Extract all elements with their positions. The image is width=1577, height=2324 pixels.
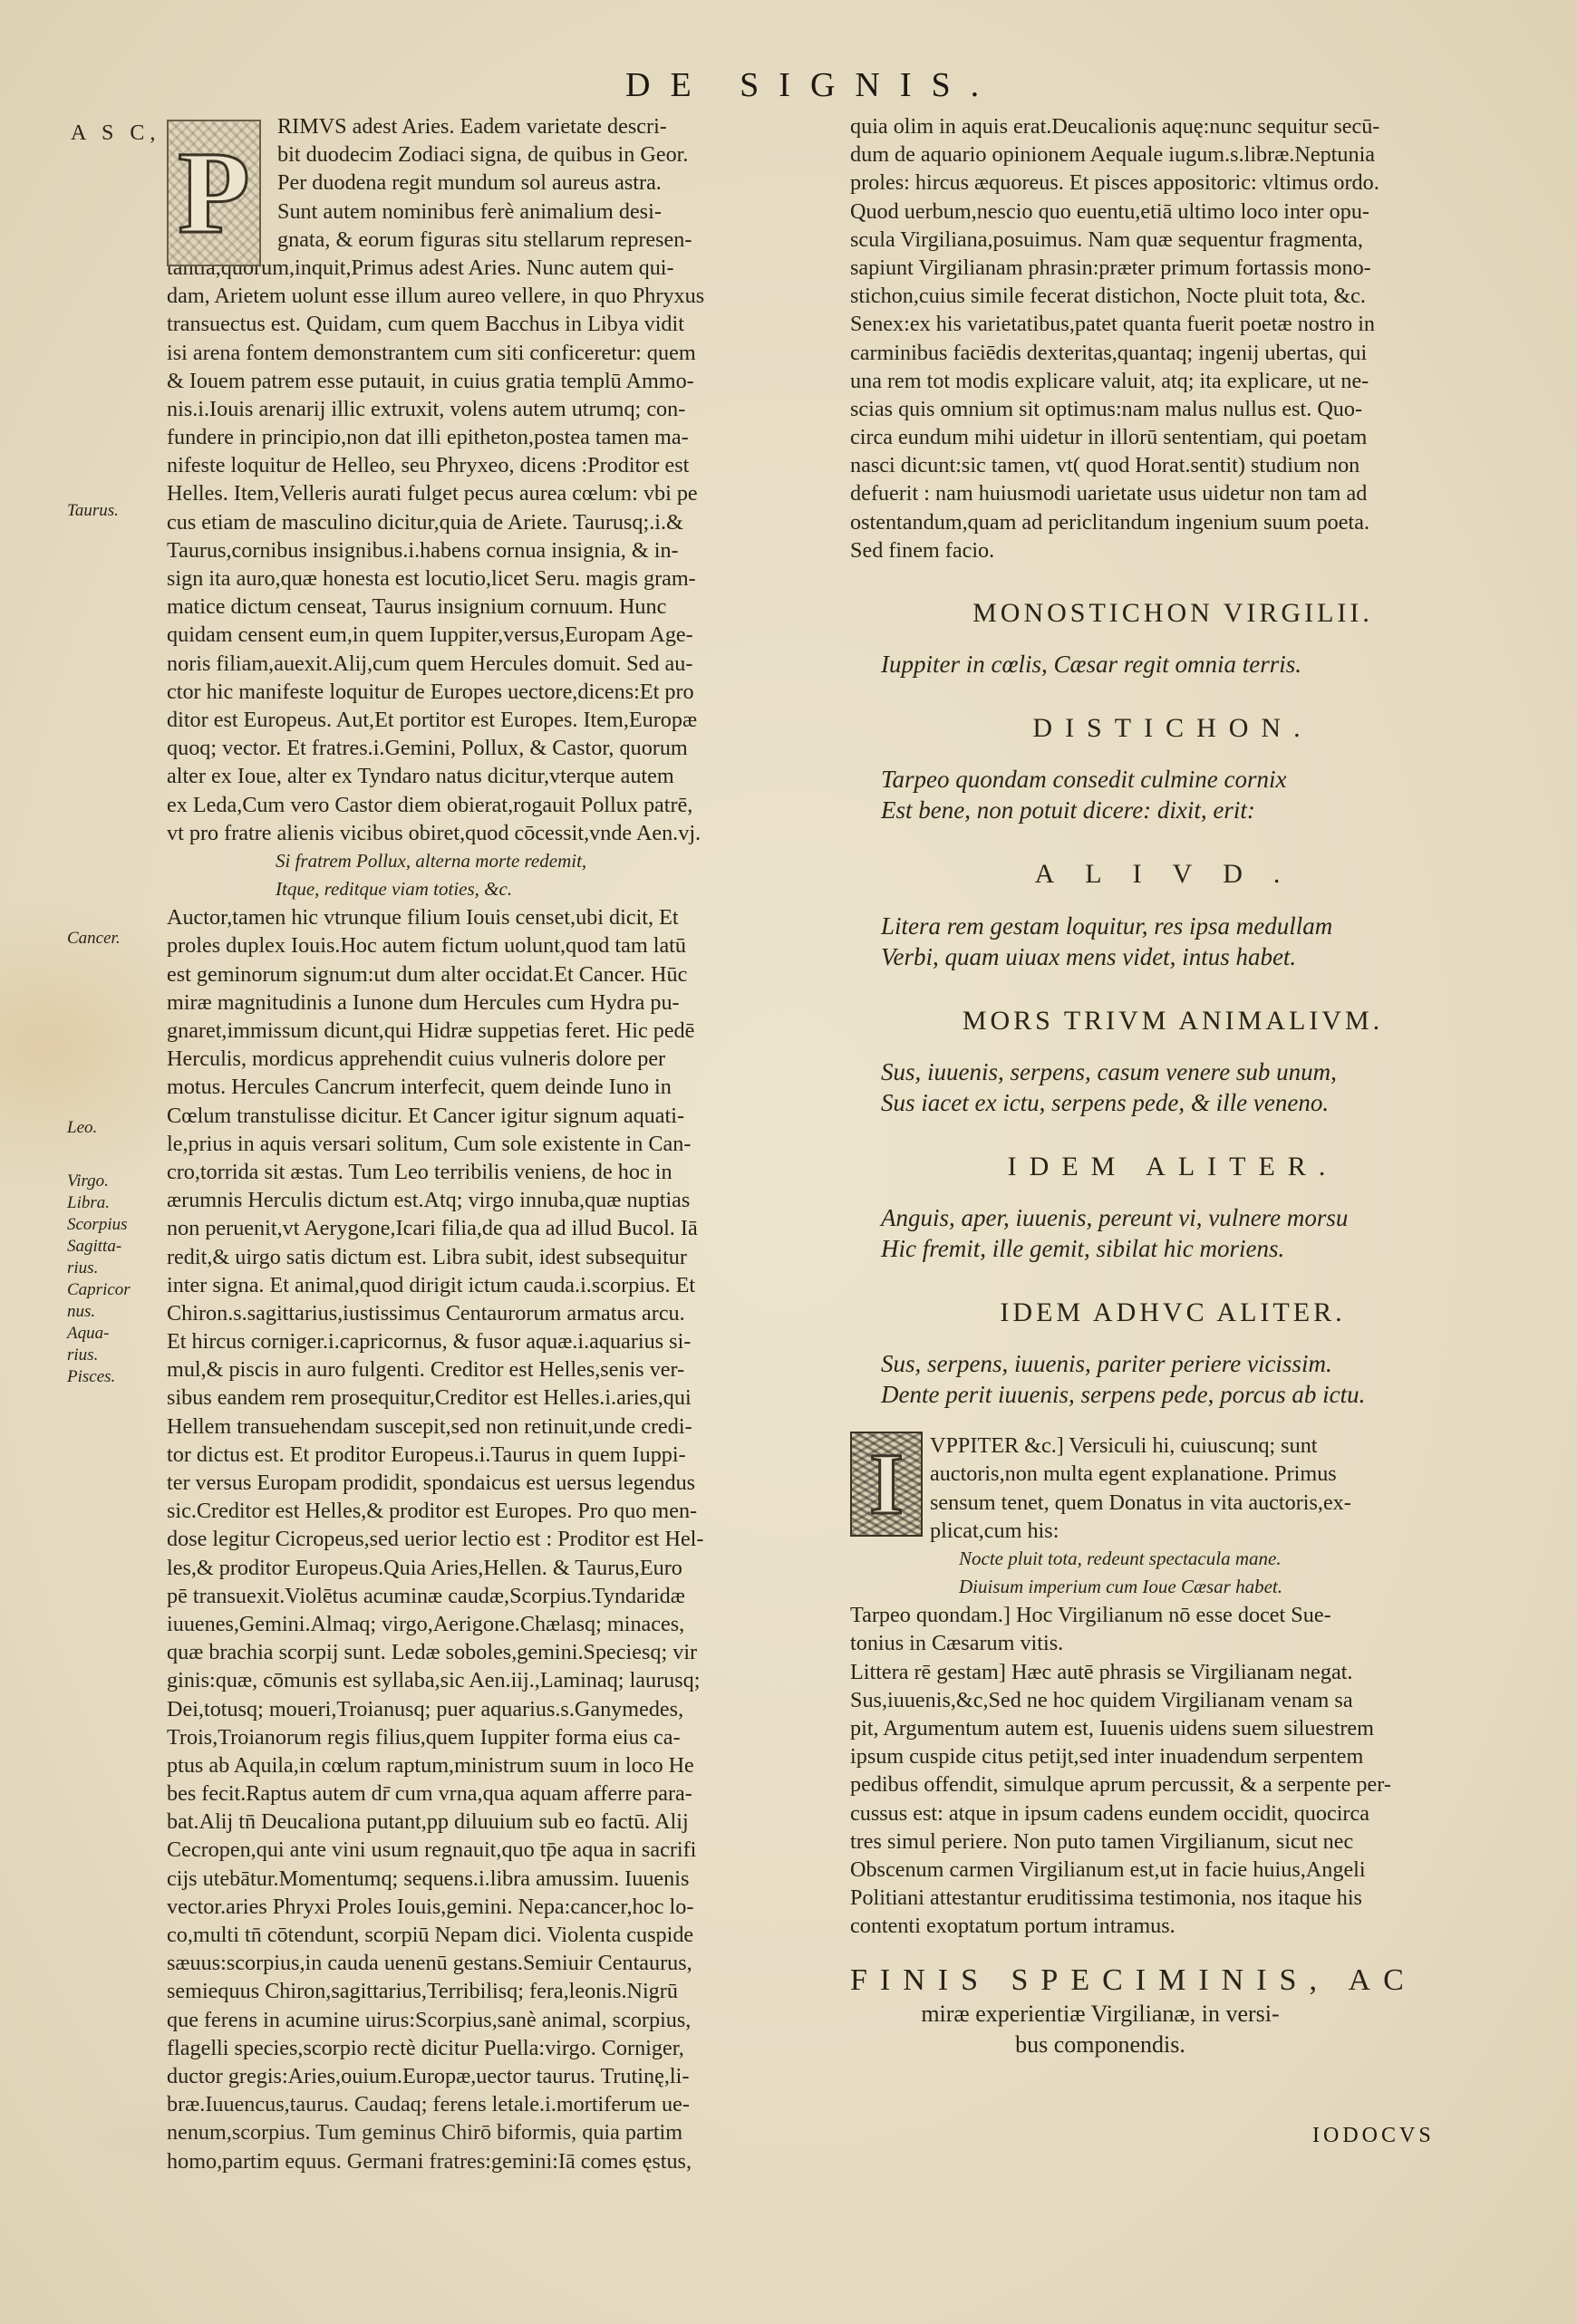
text-line: Herculis, mordicus apprehendit cuius vul… — [167, 1045, 812, 1073]
verse-line: Dente perit iuuenis, serpens pede, porcu… — [850, 1379, 1495, 1410]
text-line: gnata, & eorum figuras situ stellarum re… — [277, 226, 812, 254]
text-line: dose legitur Cicropeus,sed uerior lectio… — [167, 1525, 812, 1553]
text-line: scias quis omnium sit optimus:nam malus … — [850, 395, 1495, 423]
text-line: stichon,cuius simile fecerat distichon, … — [850, 282, 1495, 310]
text-line: Per duodena regit mundum sol aureus astr… — [277, 169, 812, 197]
text-line: quidam censent eum,in quem Iuppiter,vers… — [167, 621, 812, 649]
text-line: Helles. Item,Velleris aurati fulget pecu… — [167, 479, 812, 507]
text-line: Trois,Troianorum regis filius,quem Iuppi… — [167, 1723, 812, 1751]
text-line: Sed finem facio. — [850, 536, 1495, 564]
finis-subtitle-2: bus componendis. — [850, 2030, 1495, 2060]
margin-note: rius. — [67, 1258, 98, 1279]
text-line: carminibus faciēdis dexteritas,quantaq; … — [850, 339, 1495, 367]
text-line: matice dictum censeat, Taurus insignium … — [167, 593, 812, 621]
text-line: Diuisum imperium cum Ioue Cæsar habet. — [850, 1573, 1495, 1601]
verse-line: Sus, iuuenis, serpens, casum venere sub … — [850, 1056, 1495, 1087]
text-line: nis.i.Iouis arenarij illic extruxit, vol… — [167, 395, 812, 423]
text-line: cro,torrida sit æstas. Tum Leo terribili… — [167, 1158, 812, 1186]
commentary-quote: Nocte pluit tota, redeunt spectacula man… — [850, 1545, 1495, 1601]
text-line: Auctor,tamen hic vtrunque filium Iouis c… — [167, 903, 812, 931]
signature-mark: IODOCVS — [1312, 2124, 1435, 2148]
margin-note: Taurus. — [67, 500, 119, 522]
right-column: quia olim in aquis erat.Deucalionis aquę… — [850, 112, 1495, 2060]
margin-note: Pisces. — [67, 1366, 115, 1388]
section-heading: IDEM ADHVC ALITER. — [850, 1298, 1495, 1326]
text-line: defuerit : nam huiusmodi uarietate usus … — [850, 479, 1495, 507]
left-column: P RIMVS adest Aries. Eadem varietate des… — [167, 112, 812, 2175]
margin-note: Sagitta- — [67, 1236, 121, 1258]
text-line: le,prius in aquis versari solitum, Cum s… — [167, 1130, 812, 1158]
finis-title: FINIS SPECIMINIS, AC — [850, 1962, 1495, 1999]
text-line: Senex:ex his varietatibus,patet quanta f… — [850, 310, 1495, 338]
text-line: gnaret,immissum dicunt,qui Hidræ suppeti… — [167, 1017, 812, 1045]
margin-note: Libra. — [67, 1192, 110, 1214]
section-heading: IDEM ALITER. — [850, 1152, 1495, 1181]
text-line: cussus est: atque in ipsum cadens eundem… — [850, 1799, 1495, 1827]
text-line: ctor hic manifeste loquitur de Europes u… — [167, 678, 812, 706]
text-line: mul,& piscis in auro fulgenti. Creditor … — [167, 1355, 812, 1384]
text-line: scula Virgiliana,posuimus. Nam quæ seque… — [850, 226, 1495, 254]
text-line: non peruenit,vt Aerygone,Icari filia,de … — [167, 1214, 812, 1242]
margin-note: Capricor — [67, 1279, 131, 1301]
text-line: inter signa. Et animal,quod dirigit ictu… — [167, 1271, 812, 1299]
text-line: dum de aquario opinionem Aequale iugum.s… — [850, 140, 1495, 169]
text-line: quoq; vector. Et fratres.i.Gemini, Pollu… — [167, 734, 812, 762]
verse-line: Verbi, quam uiuax mens videt, intus habe… — [850, 941, 1495, 972]
text-line: quia olim in aquis erat.Deucalionis aquę… — [850, 112, 1495, 140]
text-line: Sus,iuuenis,&c,Sed ne hoc quidem Virgili… — [850, 1686, 1495, 1714]
text-line: ostentandum,quam ad periclitandum ingeni… — [850, 508, 1495, 536]
margin-note: Virgo. — [67, 1171, 109, 1192]
margin-note: rius. — [67, 1345, 98, 1366]
text-line: auctoris,non multa egent explanatione. P… — [930, 1460, 1495, 1488]
ornamental-dropcap-p-icon: P — [167, 120, 261, 266]
text-line: dam, Arietem uolunt esse illum aureo vel… — [167, 282, 812, 310]
text-line: transuectus est. Quidam, cum quem Bacchu… — [167, 310, 812, 338]
text-line: Sunt autem nominibus ferè animalium desi… — [277, 198, 812, 226]
verse-quote: Si fratrem Pollux, alterna morte redemit… — [167, 847, 812, 903]
text-line: contenti exoptatum portum intramus. — [850, 1912, 1495, 1940]
margin-note: Leo. — [67, 1117, 97, 1139]
dropcap-letter: I — [869, 1441, 903, 1528]
text-line: pedibus offendit, simulque aprum percuss… — [850, 1770, 1495, 1798]
text-line: Cœlum transtulisse dicitur. Et Cancer ig… — [167, 1102, 812, 1130]
text-line: redit,& uirgo satis dictum est. Libra su… — [167, 1243, 812, 1271]
text-line: ptus ab Aquila,in cœlum raptum,ministrum… — [167, 1751, 812, 1779]
text-line: les,& proditor Europeus.Quia Aries,Helle… — [167, 1554, 812, 1582]
verse-line: Sus, serpens, iuuenis, pariter periere v… — [850, 1348, 1495, 1379]
text-line: una rem tot modis explicare valuit, atq;… — [850, 367, 1495, 395]
text-line: Cecropen,qui ante vini usum regnauit,quo… — [167, 1836, 812, 1864]
text-line: Chiron.s.sagittarius,iustissimus Centaur… — [167, 1299, 812, 1327]
finis-subtitle-1: miræ experientiæ Virgilianæ, in versi- — [850, 1999, 1495, 2030]
text-line: ipsum cuspide citus petijt,sed inter inu… — [850, 1742, 1495, 1770]
text-line: Quod uerbum,nescio quo euentu,etiā ultim… — [850, 198, 1495, 226]
text-line: tor dictus est. Et proditor Europeus.i.T… — [167, 1441, 812, 1469]
body-text-continued: quia olim in aquis erat.Deucalionis aquę… — [850, 112, 1495, 564]
dropcap-letter: P — [178, 134, 249, 252]
verse-line: Est bene, non potuit dicere: dixit, erit… — [850, 795, 1495, 825]
text-line: sensum tenet, quem Donatus in vita aucto… — [930, 1489, 1495, 1517]
text-line: bes fecit.Raptus autem dr̄ cum vrna,qua … — [167, 1779, 812, 1808]
text-line: quæ brachia scorpij sunt. Ledæ soboles,g… — [167, 1638, 812, 1666]
text-line: sæuus:scorpius,in cauda uenenū gestans.S… — [167, 1949, 812, 1977]
text-line: circa eundum mihi uidetur in illorū sent… — [850, 423, 1495, 451]
margin-note: Aqua- — [67, 1323, 109, 1345]
text-line: Dei,totusq; moueri,Troianusq; puer aquar… — [167, 1695, 812, 1723]
book-page: DE SIGNIS. A S C, Taurus.Cancer.Leo.Virg… — [0, 0, 1577, 2324]
text-line: fundere in principio,non dat illi epithe… — [167, 423, 812, 451]
text-line: Nocte pluit tota, redeunt spectacula man… — [850, 1545, 1495, 1573]
text-line: est geminorum signum:ut dum alter occida… — [167, 960, 812, 988]
text-line: ærumnis Herculis dictum est.Atq; virgo i… — [167, 1186, 812, 1214]
text-line: Obscenum carmen Virgilianum est,ut in fa… — [850, 1856, 1495, 1884]
verse-line: Anguis, aper, iuuenis, pereunt vi, vulne… — [850, 1202, 1495, 1233]
text-line: sic.Creditor est Helles,& proditor est E… — [167, 1497, 812, 1525]
text-line: & Iouem patrem esse putauit, in cuius gr… — [167, 367, 812, 395]
text-line: tantia,quorum,inquit,Primus adest Aries.… — [167, 254, 812, 282]
text-line: nifeste loquitur de Helleo, seu Phryxeo,… — [167, 451, 812, 479]
verse-line: Sus iacet ex ictu, serpens pede, & ille … — [850, 1087, 1495, 1118]
margin-catchword: A S C, — [71, 121, 160, 146]
text-line: ditor est Europeus. Aut,Et portitor est … — [167, 706, 812, 734]
opening-paragraph: P RIMVS adest Aries. Eadem varietate des… — [167, 112, 812, 254]
text-line: Politiani attestantur eruditissima testi… — [850, 1884, 1495, 1912]
text-line: pit, Argumentum autem est, Iuuenis uiden… — [850, 1714, 1495, 1742]
verse-line: Hic fremit, ille gemit, sibilat hic mori… — [850, 1233, 1495, 1264]
verse-line: Litera rem gestam loquitur, res ipsa med… — [850, 911, 1495, 941]
section-heading: ALIVD. — [850, 860, 1495, 888]
text-line: bat.Alij tn̄ Deucaliona putant,pp diluui… — [167, 1808, 812, 1836]
text-line: iuuenes,Gemini.Almaq; virgo,Aerigone.Chæ… — [167, 1610, 812, 1638]
margin-note: Cancer. — [67, 928, 121, 950]
text-line: Taurus,cornibus insignibus.i.habens corn… — [167, 536, 812, 564]
text-line: tonius in Cæsarum vitis. — [850, 1629, 1495, 1657]
text-line: isi arena fontem demonstrantem cum siti … — [167, 339, 812, 367]
text-line: VPPITER &c.] Versiculi hi, cuiuscunq; su… — [930, 1432, 1495, 1460]
running-head: DE SIGNIS. — [625, 65, 999, 105]
verse-sections: MONOSTICHON VIRGILII.Iuppiter in cœlis, … — [850, 564, 1495, 1410]
body-text-1: tantia,quorum,inquit,Primus adest Aries.… — [167, 254, 812, 847]
text-line: alter ex Ioue, alter ex Tyndaro natus di… — [167, 762, 812, 790]
margin-note: nus. — [67, 1301, 95, 1323]
commentary-block: I VPPITER &c.] Versiculi hi, cuiuscunq; … — [850, 1432, 1495, 1940]
text-line: sibus eandem rem prosequitur,Creditor es… — [167, 1384, 812, 1412]
bleed-through-shadow — [54, 2084, 743, 2193]
text-line: co,multi tn̄ cōtendunt, scorpiū Nepam di… — [167, 1921, 812, 1949]
text-line: motus. Hercules Cancrum interfecit, quem… — [167, 1073, 812, 1101]
text-line: Itque, reditque viam toties, &c. — [167, 875, 812, 903]
section-heading: MONOSTICHON VIRGILII. — [850, 599, 1495, 627]
text-line: plicat,cum his: — [930, 1517, 1495, 1545]
text-line: vt pro fratre alienis vicibus obiret,quo… — [167, 819, 812, 847]
section-heading: MORS TRIVM ANIMALIVM. — [850, 1007, 1495, 1035]
text-line: Si fratrem Pollux, alterna morte redemit… — [167, 847, 812, 875]
verse-line: Tarpeo quondam consedit culmine cornix — [850, 764, 1495, 795]
text-line: cus etiam de masculino dicitur,quia de A… — [167, 508, 812, 536]
text-line: RIMVS adest Aries. Eadem varietate descr… — [277, 112, 812, 140]
text-line: pē transuexit.Violētus acuminæ caudæ,Sco… — [167, 1582, 812, 1610]
text-line: Littera rē gestam] Hæc autē phrasis se V… — [850, 1658, 1495, 1686]
margin-note: Scorpius — [67, 1214, 128, 1236]
text-line: noris filiam,auexit.Alij,cum quem Hercul… — [167, 650, 812, 678]
text-line: sign ita auro,quæ honesta est locutio,li… — [167, 564, 812, 593]
commentary-lines: Tarpeo quondam.] Hoc Virgilianum nō esse… — [850, 1601, 1495, 1940]
commentary-wrapped-lines: VPPITER &c.] Versiculi hi, cuiuscunq; su… — [850, 1432, 1495, 1545]
text-line: ginis:quæ, cōmunis est syllaba,sic Aen.i… — [167, 1666, 812, 1694]
verse-line: Iuppiter in cœlis, Cæsar regit omnia ter… — [850, 649, 1495, 680]
text-line: cijs utebātur.Momentumq; sequens.i.libra… — [167, 1865, 812, 1893]
text-line: miræ magnitudinis a Iunone dum Hercules … — [167, 988, 812, 1017]
text-line: flagelli species,scorpio rectè dicitur P… — [167, 2034, 812, 2062]
text-line: proles: hircus æquoreus. Et pisces appos… — [850, 169, 1495, 197]
text-line: nasci dicunt:sic tamen, vt( quod Horat.s… — [850, 451, 1495, 479]
ornamental-dropcap-i-icon: I — [850, 1432, 923, 1537]
text-line: que ferens in acumine uirus:Scorpius,san… — [167, 2006, 812, 2034]
section-heading: DISTICHON. — [850, 714, 1495, 742]
text-line: semiequus Chiron,sagittarius,Terribilisq… — [167, 1977, 812, 2005]
wrapped-lines: RIMVS adest Aries. Eadem varietate descr… — [167, 112, 812, 254]
body-text-2: Auctor,tamen hic vtrunque filium Iouis c… — [167, 903, 812, 2175]
text-line: Et hircus corniger.i.capricornus, & fuso… — [167, 1327, 812, 1355]
text-line: Tarpeo quondam.] Hoc Virgilianum nō esse… — [850, 1601, 1495, 1629]
text-line: Hellem transuehendam suscepit,sed non re… — [167, 1413, 812, 1441]
text-line: sapiunt Virgilianam phrasin:præter primu… — [850, 254, 1495, 282]
text-line: tres simul periere. Non puto tamen Virgi… — [850, 1827, 1495, 1856]
text-line: ter versus Europam prodidit, spondaicus … — [167, 1469, 812, 1497]
text-line: ex Leda,Cum vero Castor diem obierat,rog… — [167, 791, 812, 819]
text-line: proles duplex Iouis.Hoc autem fictum uol… — [167, 931, 812, 959]
text-line: bit duodecim Zodiaci signa, de quibus in… — [277, 140, 812, 169]
text-line: vector.aries Phryxi Proles Iouis,gemini.… — [167, 1893, 812, 1921]
